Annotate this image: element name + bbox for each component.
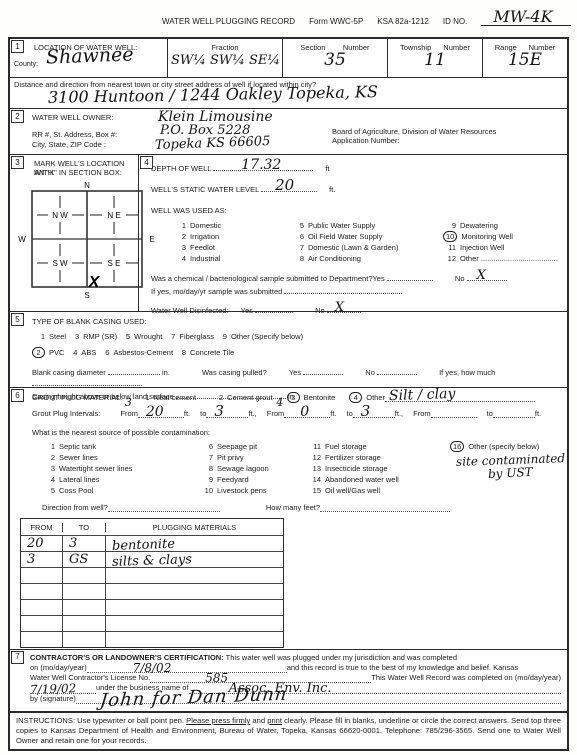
water-well-plugging-record-form: WATER WELL PLUGGING RECORD Form WWC-5P K…: [0, 0, 577, 755]
option-number: 6: [291, 232, 304, 241]
chemical-sample-label: Was a chemical / bacteriological sample …: [151, 274, 385, 283]
record-date-value: 7/19/02: [30, 682, 77, 696]
instructions-underline2: print: [267, 716, 282, 725]
option: 9Other (Specify below): [214, 331, 303, 342]
record-date-blank: 7/19/02: [30, 685, 96, 694]
section-2-owner: 2 WATER WELL OWNER: RR #, St. Address, B…: [10, 108, 567, 154]
option-number: 7: [162, 332, 175, 341]
if-yes-line: If yes, mo/day/yr sample was submitted: [151, 285, 563, 296]
ft-label-1: ft.: [184, 409, 190, 418]
option: 15Oil well/Gas well: [308, 485, 450, 496]
instructions-text2: and: [250, 716, 267, 725]
to-cell: [63, 568, 106, 583]
casing-title: TYPE OF BLANK CASING USED:: [32, 317, 561, 326]
option-label: Monitoring Well: [461, 232, 513, 241]
option-label: Domestic: [190, 221, 221, 230]
interval1-from-blank: 320: [138, 409, 184, 418]
section-3-number: 3: [11, 156, 24, 169]
in-unit: in.: [162, 368, 170, 377]
interval1-to-blank: 3: [206, 409, 248, 418]
to-cell: [63, 600, 106, 615]
section-5-casing: 5 TYPE OF BLANK CASING USED: 1Steel3RMP …: [10, 311, 567, 387]
section-2-number: 2: [11, 110, 24, 123]
section-4-number: 4: [140, 156, 153, 169]
option: 9Dewatering: [443, 220, 563, 231]
option-number: 5: [117, 332, 130, 341]
owner-value: Klein Limousine: [158, 110, 273, 124]
option-label: Sewage lagoon: [217, 464, 269, 473]
section-5-number: 5: [11, 313, 24, 326]
grout-other-value: Silt / clay: [389, 387, 456, 403]
chem-yes-blank: [387, 272, 433, 281]
option-number: 4: [349, 392, 362, 403]
option-label: Sewer lines: [59, 453, 98, 462]
table-row: [21, 631, 283, 647]
from-cell: 3: [21, 552, 63, 567]
option: 3RMP (SR): [66, 331, 117, 342]
section-label: Section: [300, 43, 325, 52]
option: 5Public Water Supply: [291, 220, 443, 231]
instructions-underline1: Please press firmly: [186, 716, 250, 725]
chem-no-x-mark: X: [477, 269, 486, 282]
statute-number: KSA 82a-1212: [377, 17, 429, 26]
completed-date-value: 7/8/02: [133, 662, 172, 674]
form-title: WATER WELL PLUGGING RECORD: [162, 17, 295, 26]
license-value: 585: [205, 672, 228, 684]
ft-label-2: ft.,: [248, 409, 256, 418]
option-label: Pit privy: [217, 453, 244, 462]
section-7-certification: 7 CONTRACTOR'S OR LANDOWNER'S CERTIFICAT…: [10, 649, 567, 711]
interval3-from-blank: [431, 409, 477, 418]
casing-row1: 1Steel3RMP (SR)5Wrought7Fiberglass9Other…: [32, 331, 561, 342]
option-number: 5: [42, 486, 55, 495]
section-4-well-details: 4 DEPTH OF WELL 17.32 ft WELL'S STATIC W…: [139, 155, 567, 311]
option: 8Air Conditioning: [291, 253, 443, 264]
well-used-as-label: WELL WAS USED AS:: [151, 206, 563, 215]
plugging-table-header: FROM TO PLUGGING MATERIALS: [21, 519, 283, 535]
certification-line1: CONTRACTOR'S OR LANDOWNER'S CERTIFICATIO…: [30, 653, 561, 663]
option-number: 8: [200, 464, 213, 473]
option-number: 1: [32, 332, 45, 341]
option-label: Other (Specify below): [231, 332, 303, 341]
option: 7Domestic (Lawn & Garden): [291, 242, 443, 253]
agency-line: Board of Agriculture, Division of Water …: [332, 127, 496, 136]
interval1-from-value: 20: [146, 405, 164, 419]
from-cell: [21, 616, 63, 631]
option-label: Steel: [49, 332, 66, 341]
option: 7Fiberglass: [162, 331, 214, 342]
static-level-line: WELL'S STATIC WATER LEVEL 20 ft.: [151, 183, 563, 194]
option: 2Cement grout: [210, 392, 272, 402]
option-label: Septic tank: [59, 442, 96, 451]
option-number: 2: [42, 453, 55, 462]
grout-material-line: GROUT PLUG MATERIAL: 1Neat cement2Cement…: [32, 392, 561, 402]
how-much-label: If yes, how much: [439, 368, 495, 377]
option-label: Bentonite: [304, 393, 336, 402]
table-row: [21, 567, 283, 583]
option-number: 11: [443, 243, 456, 252]
interval2-from-value: 0: [300, 405, 309, 419]
casing-diameter-label: Blank casing diameter: [32, 368, 106, 377]
option-label: Livestock pens: [217, 486, 267, 495]
casing-diameter-line: Blank casing diameter in. Was casing pul…: [32, 366, 561, 388]
contamination-col3: 11Fuel storage12Fertilizer storage13Inse…: [308, 441, 450, 496]
section-1-number: 1: [11, 40, 24, 53]
ft-label-3: ft.: [330, 409, 336, 418]
option: 12Fertilizer storage: [308, 452, 450, 463]
well-location-x-mark: X: [88, 274, 101, 291]
option-number: 3: [287, 392, 300, 403]
plugging-table: FROM TO PLUGGING MATERIALS 20 3 bentonit…: [20, 518, 284, 648]
option-label: Dewatering: [460, 221, 498, 230]
materials-header: PLUGGING MATERIALS: [106, 523, 283, 532]
fraction-value: SW¼ SW¼ SE¼: [171, 54, 280, 67]
option: 5Coss Pool: [42, 485, 200, 496]
chem-no-blank: X: [467, 272, 507, 281]
distance-value: 3100 Huntoon / 1244 Oakley Topeka, KS: [48, 84, 378, 106]
to-cell: [63, 616, 106, 631]
option-number: 5: [291, 221, 304, 230]
completed-on-label: on (mo/day/year): [30, 663, 87, 673]
contamination-col4: 16Other (specify below) site contaminate…: [450, 441, 561, 496]
option: 2PVC: [32, 347, 64, 358]
range-cell: Range Number 15E: [482, 39, 567, 77]
option: 12Other ................................…: [443, 253, 563, 264]
quadrant-nw-label: N W: [52, 211, 68, 220]
option: 13Insecticide storage: [308, 463, 450, 474]
feet-blank: [320, 503, 450, 512]
interval2-material-number: 4: [276, 397, 283, 408]
option-number: 13: [308, 464, 321, 473]
address-label: RR #, St. Address, Box #:: [32, 130, 117, 139]
option-number: 4: [173, 254, 186, 263]
static-level-label: WELL'S STATIC WATER LEVEL: [151, 185, 259, 194]
option-label: Oil well/Gas well: [325, 486, 380, 495]
option-label: ABS: [81, 348, 96, 357]
option-label: PVC: [49, 348, 64, 357]
option-number: 2: [173, 232, 186, 241]
option-number: 14: [308, 475, 321, 484]
option-number: 1: [137, 393, 150, 402]
option-number: 11: [308, 442, 321, 451]
quadrant-ne-label: N E: [107, 211, 120, 220]
option-label: Other: [366, 393, 385, 402]
option: 8Concrete Tile: [173, 347, 234, 358]
option-number: 1: [173, 221, 186, 230]
interval2-to-value: 3: [361, 404, 371, 419]
option: 8Sewage lagoon: [200, 463, 308, 474]
contamination-col1: 1Septic tank2Sewer lines3Watertight sewe…: [42, 441, 200, 496]
depth-value: 17.32: [241, 158, 281, 172]
section-6-number: 6: [11, 389, 24, 402]
to-header: TO: [63, 523, 106, 532]
form-number: Form WWC-5P: [309, 17, 363, 26]
static-level-value: 20: [275, 178, 294, 193]
option-label: Abandoned water well: [325, 475, 399, 484]
option: 5Wrought: [117, 331, 162, 342]
interval2-from-blank: 40: [284, 409, 330, 418]
option: 10Livestock pens: [200, 485, 308, 496]
option-label: Irrigation: [190, 232, 219, 241]
option: 3Feedlot: [173, 242, 291, 253]
option-label: Other (specify below): [468, 442, 539, 451]
interval3-from-label: From: [413, 409, 431, 418]
how-much-blank: [32, 377, 142, 386]
section-number-cell: Section Number 35: [282, 39, 387, 77]
option: 6Asbestos-Cement: [96, 347, 173, 358]
grout-intervals-line: Grout Plug Intervals: From 320 ft. to 3 …: [32, 409, 561, 418]
option: 16Other (specify below): [450, 441, 561, 452]
form-body: 1 LOCATION OF WATER WELL: County: Shawne…: [8, 37, 569, 751]
option-number: 10: [443, 231, 457, 242]
signature-value: John for Dan Dunn: [99, 685, 288, 710]
chemical-sample-line: Was a chemical / bacteriological sample …: [151, 272, 563, 283]
instructions-box: INSTRUCTIONS: Use typewriter or ball poi…: [10, 711, 567, 749]
option-number: 4: [42, 475, 55, 484]
city-state-zip-label: City, State, ZIP Code :: [32, 140, 106, 149]
option-number: 7: [291, 243, 304, 252]
option-label: Feedlot: [190, 243, 215, 252]
ft-unit2: ft.: [329, 185, 335, 194]
grout-title: GROUT PLUG MATERIAL:: [32, 393, 123, 402]
well-used-options: 1Domestic2Irrigation3Feedlot4Industrial …: [151, 220, 563, 264]
option-number: 10: [200, 486, 213, 495]
option-number: 4: [64, 348, 77, 357]
contamination-options: 1Septic tank2Sewer lines3Watertight sewe…: [32, 441, 561, 496]
certification-line2: on (mo/day/year) 7/8/02 and this record …: [30, 663, 561, 673]
option: 3Watertight sewer lines: [42, 463, 200, 474]
option-label: Fertilizer storage: [325, 453, 381, 462]
grout-material-options: 1Neat cement2Cement grout3Bentonite4Othe…: [123, 392, 385, 402]
direction-line: Direction from well? How many feet?: [32, 503, 561, 512]
casing-row2: 2PVC4ABS6Asbestos-Cement8Concrete Tile: [32, 347, 561, 358]
county-label: County:: [14, 61, 38, 68]
option-label: Feedyard: [217, 475, 249, 484]
section-number-value: 35: [283, 52, 387, 69]
to-cell: 3: [63, 536, 106, 551]
fraction-label: Fraction: [211, 43, 238, 52]
quadrant-se-label: S E: [108, 259, 121, 268]
to-cell: [63, 632, 106, 647]
option-number: 12: [443, 254, 456, 263]
option-label: Watertight sewer lines: [59, 464, 133, 473]
option-label: RMP (SR): [83, 332, 117, 341]
option-number: 15: [308, 486, 321, 495]
casing-diameter-blank: [108, 366, 160, 375]
contamination-label: What is the nearest source of possible c…: [32, 428, 561, 437]
pulled-no-blank: [377, 366, 417, 375]
option-label: Public Water Supply: [308, 221, 375, 230]
option: 11Fuel storage: [308, 441, 450, 452]
township-value: 11: [388, 52, 482, 69]
how-many-feet-label: How many feet?: [266, 503, 320, 512]
application-number-label: Application Number:: [332, 136, 400, 145]
option: 2Sewer lines: [42, 452, 200, 463]
ft-label-4: ft.,: [395, 409, 403, 418]
option: 1Steel: [32, 331, 66, 342]
section-3-4-row: 3 MARK WELL'S LOCATION WITH AN "X" IN SE…: [10, 154, 567, 311]
option-number: 8: [173, 348, 186, 357]
from-cell: [21, 584, 63, 599]
option-number: 9: [214, 332, 227, 341]
instructions-text1: INSTRUCTIONS: Use typewriter or ball poi…: [16, 716, 186, 725]
contamination-note-line2: by UST: [488, 466, 533, 480]
sample-date-blank: [284, 285, 402, 294]
option-label: Asbestos-Cement: [113, 348, 173, 357]
record-completed-label: This Water Well Record was completed on …: [371, 673, 561, 683]
option-label: Lateral lines: [59, 475, 99, 484]
interval2-to-blank: 3: [353, 409, 395, 418]
option-label: Fuel storage: [325, 442, 367, 451]
option-label: Insecticide storage: [325, 464, 388, 473]
option-label: Industrial: [190, 254, 220, 263]
option: 3Bentonite: [287, 392, 336, 402]
option-number: 3: [66, 332, 79, 341]
interval1-material-number: 3: [125, 397, 132, 408]
plugging-table-body: 20 3 bentonite 3 GS silts & clays: [21, 535, 283, 647]
table-row: [21, 615, 283, 631]
table-row: 3 GS silts & clays: [21, 551, 283, 567]
option-label: Oil Field Water Supply: [308, 232, 382, 241]
certification-line5: by (signature) John for Dan Dunn: [30, 694, 561, 704]
option-number: 6: [200, 442, 213, 451]
option-number: 7: [200, 453, 213, 462]
option: 7Pit privy: [200, 452, 308, 463]
option-number: 16: [450, 441, 464, 452]
range-value: 15E: [483, 52, 567, 69]
option-number: 3: [173, 243, 186, 252]
interval3-to-blank: [493, 409, 535, 418]
option: 2Irrigation: [173, 231, 291, 242]
table-row: [21, 583, 283, 599]
ft-unit: ft: [325, 164, 329, 173]
section-3-mark-location: 3 MARK WELL'S LOCATION WITH AN "X" IN SE…: [10, 155, 139, 311]
id-number-blank: MW-4K: [481, 10, 571, 26]
option-label: Other ..................................…: [460, 254, 558, 263]
casing-pulled-label: Was casing pulled?: [202, 368, 267, 377]
interval1-from-label: From: [120, 409, 138, 418]
quadrant-sw-label: S W: [52, 259, 68, 268]
option-label: Neat cement: [154, 393, 197, 402]
option-label: Air Conditioning: [308, 254, 361, 263]
city-state-zip-value: Topeka KS 66605: [155, 135, 271, 152]
depth-line: DEPTH OF WELL 17.32 ft: [151, 162, 563, 173]
table-row: 20 3 bentonite: [21, 535, 283, 551]
grout-other-blank: Silt / clay: [385, 393, 535, 402]
option-number: 9: [443, 221, 456, 230]
direction-blank: [108, 503, 220, 512]
id-label: ID NO.: [443, 17, 467, 26]
option: 6Seepage pit: [200, 441, 308, 452]
from-cell: [21, 600, 63, 615]
from-header: FROM: [21, 523, 63, 532]
section-6-grout: 6 GROUT PLUG MATERIAL: 1Neat cement2Ceme…: [10, 387, 567, 649]
option: 10Monitoring Well: [443, 231, 563, 242]
option-number: 8: [291, 254, 304, 263]
location-cell: 1 LOCATION OF WATER WELL: County: Shawne…: [10, 39, 167, 77]
option-number: 3: [42, 464, 55, 473]
option-number: 6: [96, 348, 109, 357]
option: 4ABS: [64, 347, 96, 358]
to-cell: GS: [63, 552, 106, 567]
ft-label-5: ft.: [535, 409, 541, 418]
well-used-col2: 5Public Water Supply6Oil Field Water Sup…: [291, 220, 443, 264]
interval1-to-value: 3: [214, 404, 224, 419]
option-number: 9: [200, 475, 213, 484]
from-cell: [21, 568, 63, 583]
id-number-value: MW-4K: [493, 9, 552, 25]
interval2-from-label: From: [267, 409, 285, 418]
pulled-yes-blank: [303, 366, 343, 375]
option: 1Domestic: [173, 220, 291, 231]
option-label: Seepage pit: [217, 442, 257, 451]
static-level-blank: 20: [261, 183, 317, 192]
section-number-label: Number: [343, 43, 370, 52]
grout-intervals-label: Grout Plug Intervals:: [32, 409, 100, 418]
option-label: Cement grout: [227, 393, 272, 402]
option-label: Concrete Tile: [190, 348, 234, 357]
compass-west-label: W: [18, 235, 26, 244]
well-used-col1: 1Domestic2Irrigation3Feedlot4Industrial: [173, 220, 291, 264]
well-used-col3: 9Dewatering10Monitoring Well11Injection …: [443, 220, 563, 264]
township-cell: Township Number 11: [387, 39, 482, 77]
compass-north-label: N: [84, 181, 90, 190]
distance-row: Distance and direction from nearest town…: [10, 77, 567, 108]
option-number: 2: [32, 347, 45, 358]
contamination-col2: 6Seepage pit7Pit privy8Sewage lagoon9Fee…: [200, 441, 308, 496]
county-value: Shawnee: [46, 45, 134, 67]
table-row: [21, 599, 283, 615]
form-header: WATER WELL PLUGGING RECORD Form WWC-5P K…: [162, 10, 571, 26]
pulled-yes-label: Yes: [289, 368, 301, 377]
compass-south-label: S: [84, 291, 89, 300]
option: 1Neat cement: [137, 392, 197, 402]
option: 1Septic tank: [42, 441, 200, 452]
option: 14Abandoned water well: [308, 474, 450, 485]
option-label: Fiberglass: [179, 332, 214, 341]
depth-label: DEPTH OF WELL: [151, 164, 211, 173]
option-number: 2: [210, 393, 223, 402]
option-label: Wrought: [134, 332, 162, 341]
if-yes-label: If yes, mo/day/yr sample was submitted: [151, 287, 282, 296]
to-cell: [63, 584, 106, 599]
option: 4Industrial: [173, 253, 291, 264]
option-label: Coss Pool: [59, 486, 93, 495]
certification-text1: This water well was plugged under my jur…: [226, 653, 457, 662]
option: 9Feedyard: [200, 474, 308, 485]
township-number-label: Number: [443, 43, 470, 52]
pulled-no-label: No: [365, 368, 375, 377]
option-number: 1: [42, 442, 55, 451]
fraction-cell: Fraction SW¼ SW¼ SE¼: [167, 39, 282, 77]
option-number: 12: [308, 453, 321, 462]
option: 6Oil Field Water Supply: [291, 231, 443, 242]
section-1-location: 1 LOCATION OF WATER WELL: County: Shawne…: [10, 39, 567, 77]
section-7-number: 7: [11, 651, 24, 664]
completed-date-blank: 7/8/02: [87, 664, 287, 673]
option-label: Injection Well: [460, 243, 504, 252]
certification-text2: and this record is true to the best of m…: [287, 663, 518, 673]
from-cell: [21, 632, 63, 647]
from-cell: 20: [21, 536, 63, 551]
option: 11Injection Well: [443, 242, 563, 253]
owner-title: WATER WELL OWNER:: [32, 113, 113, 122]
certification-heading: CONTRACTOR'S OR LANDOWNER'S CERTIFICATIO…: [30, 653, 224, 662]
signature-blank: John for Dan Dunn: [76, 695, 561, 704]
chem-no-label: No: [455, 274, 465, 283]
option: 4Other: [349, 392, 385, 402]
option: 4Lateral lines: [42, 474, 200, 485]
